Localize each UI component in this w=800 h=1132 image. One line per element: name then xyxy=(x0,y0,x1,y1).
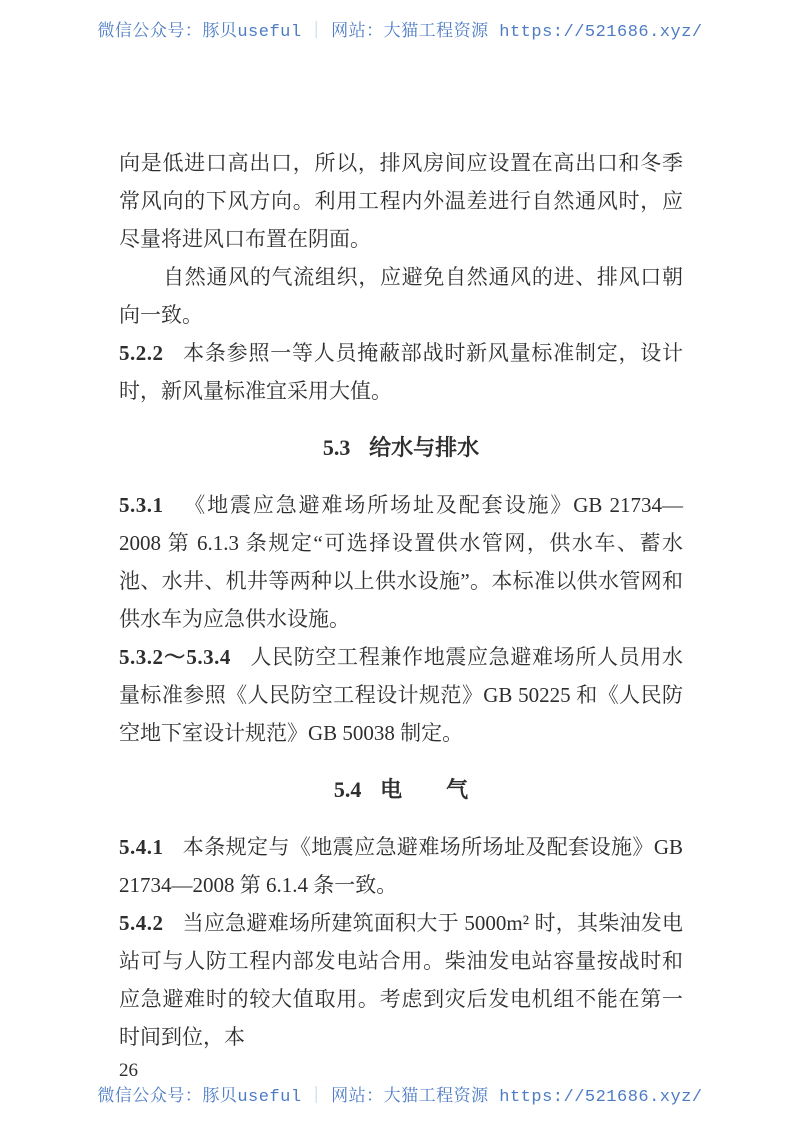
paragraph-text: 向是低进口高出口，所以，排风房间应设置在高出口和冬季常风向的下风方向。利用工程内… xyxy=(119,151,683,251)
clause-number: 5.3.1 xyxy=(119,493,164,517)
clause-paragraph-5-3-2-to-5-3-4: 5.3.2～5.3.4人民防空工程兼作地震应急避难场所人员用水量标准参照《人民防… xyxy=(119,638,683,752)
clause-number: 5.4.1 xyxy=(119,835,164,859)
clause-paragraph-5-3-1: 5.3.1《地震应急避难场所场址及配套设施》GB 21734—2008 第 6.… xyxy=(119,486,683,638)
clause-number: 5.4.2 xyxy=(119,911,164,935)
clause-text: 本条规定与《地震应急避难场所场址及配套设施》GB 21734—2008 第 6.… xyxy=(119,835,683,897)
footer-watermark: 微信公众号：豚贝useful｜网站：大猫工程资源 https://521686.… xyxy=(0,1081,800,1107)
document-page: 微信公众号：豚贝useful｜网站：大猫工程资源 https://521686.… xyxy=(0,0,800,1132)
clause-number: 5.2.2 xyxy=(119,341,164,365)
section-number: 5.4 xyxy=(334,777,362,802)
paragraph: 自然通风的气流组织，应避免自然通风的进、排风口朝向一致。 xyxy=(119,258,683,334)
watermark-separator: ｜ xyxy=(302,23,332,42)
header-watermark: 微信公众号：豚贝useful｜网站：大猫工程资源 https://521686.… xyxy=(0,16,800,42)
clause-text: 《地震应急避难场所场址及配套设施》GB 21734—2008 第 6.1.3 条… xyxy=(119,493,683,631)
paragraph-continuation: 向是低进口高出口，所以，排风房间应设置在高出口和冬季常风向的下风方向。利用工程内… xyxy=(119,144,683,258)
section-heading-5-3: 5.3给水与排水 xyxy=(119,429,683,467)
paragraph-text: 自然通风的气流组织，应避免自然通风的进、排风口朝向一致。 xyxy=(119,265,683,327)
watermark-site-label: 网站：大猫工程资源 xyxy=(331,23,489,42)
clause-text: 本条参照一等人员掩蔽部战时新风量标准制定，设计时，新风量标准宜采用大值。 xyxy=(119,341,683,403)
page-body: 向是低进口高出口，所以，排风房间应设置在高出口和冬季常风向的下风方向。利用工程内… xyxy=(119,144,683,1086)
clause-text: 当应急避难场所建筑面积大于 5000m² 时，其柴油发电站可与人防工程内部发电站… xyxy=(119,911,683,1049)
watermark-separator: ｜ xyxy=(302,1088,332,1107)
watermark-url[interactable]: https://521686.xyz/ xyxy=(499,23,702,42)
clause-number: 5.3.2～5.3.4 xyxy=(119,645,231,669)
section-title: 电 气 xyxy=(380,777,468,802)
clause-paragraph-5-2-2: 5.2.2本条参照一等人员掩蔽部战时新风量标准制定，设计时，新风量标准宜采用大值… xyxy=(119,334,683,410)
watermark-url[interactable]: https://521686.xyz/ xyxy=(499,1088,702,1107)
clause-paragraph-5-4-1: 5.4.1本条规定与《地震应急避难场所场址及配套设施》GB 21734—2008… xyxy=(119,828,683,904)
section-number: 5.3 xyxy=(323,435,351,460)
section-title: 给水与排水 xyxy=(369,435,479,460)
watermark-account-label: 微信公众号：豚贝useful xyxy=(97,1088,301,1107)
watermark-account-label: 微信公众号：豚贝useful xyxy=(97,23,301,42)
section-heading-5-4: 5.4电 气 xyxy=(119,771,683,809)
clause-paragraph-5-4-2: 5.4.2当应急避难场所建筑面积大于 5000m² 时，其柴油发电站可与人防工程… xyxy=(119,904,683,1056)
watermark-site-label: 网站：大猫工程资源 xyxy=(331,1088,489,1107)
